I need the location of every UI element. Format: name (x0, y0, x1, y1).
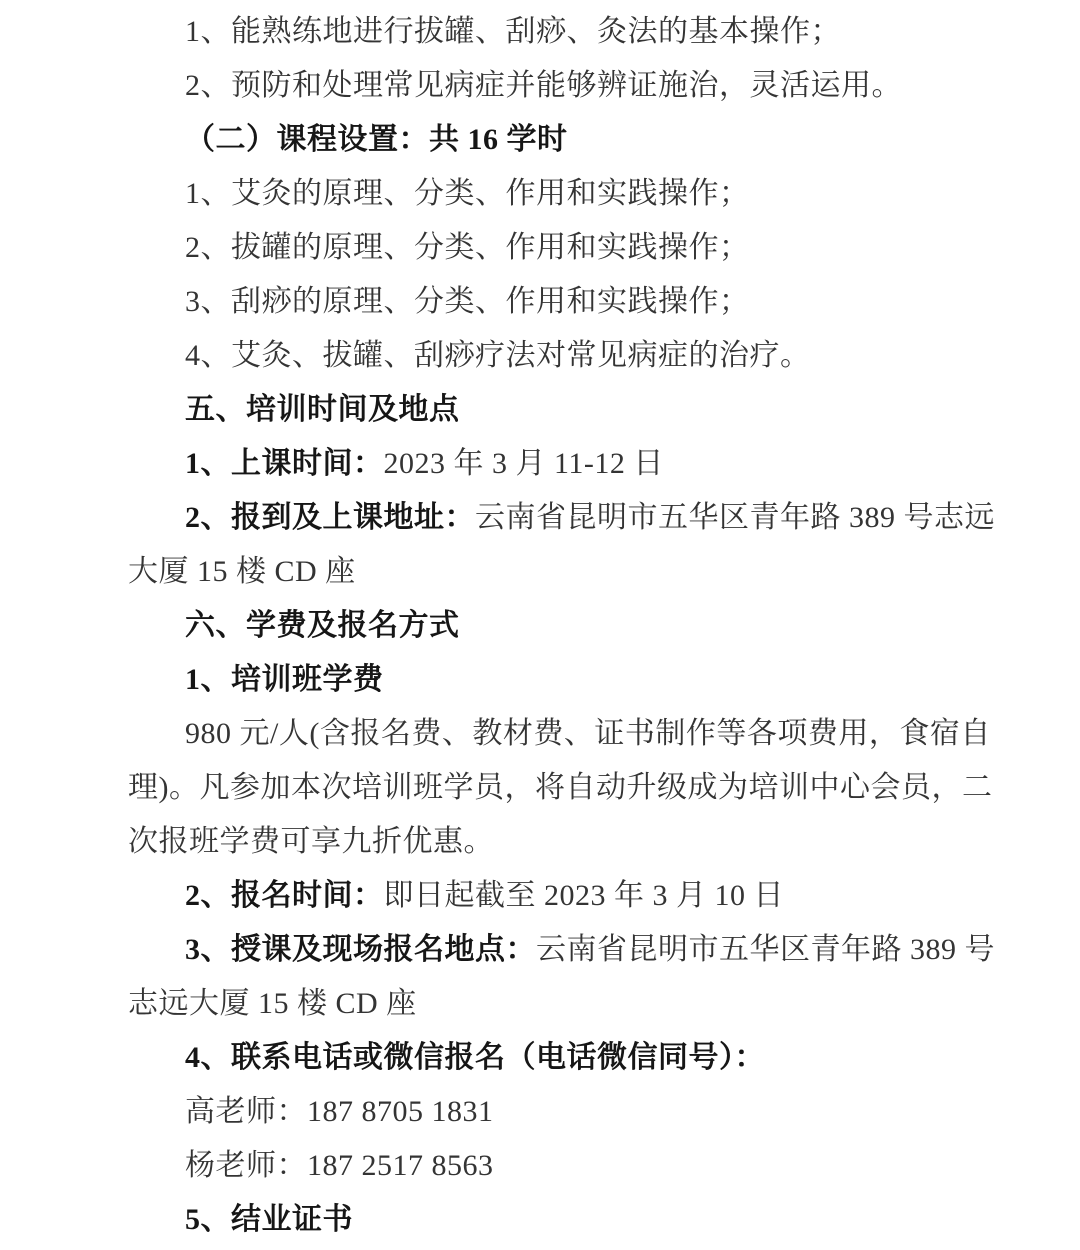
line-objective-1: 1、能熟练地进行拔罐、刮痧、灸法的基本操作； (128, 5, 970, 59)
heading-contact-phone-text: 4、联系电话或微信报名（电话微信同号）： (185, 1041, 765, 1074)
line-registration-time-label: 2、报名时间： (185, 879, 384, 912)
line-course-item-3-text: 3、刮痧的原理、分类、作用和实践操作； (185, 285, 750, 318)
line-class-time-value: 2023 年 3 月 11-12 日 (384, 447, 664, 480)
heading-tuition-fee-text: 1、培训班学费 (185, 663, 384, 696)
line-registration-address-2-text: 志远大厦 15 楼 CD 座 (128, 987, 417, 1020)
line-tuition-detail-2-text: 理)。凡参加本次培训班学员，将自动升级成为培训中心会员，二 (128, 771, 993, 804)
line-objective-2-text: 2、预防和处理常见病症并能够辨证施治，灵活运用。 (185, 69, 902, 102)
line-course-item-1-text: 1、艾灸的原理、分类、作用和实践操作； (185, 177, 750, 210)
line-tuition-detail-2: 理)。凡参加本次培训班学员，将自动升级成为培训中心会员，二 (128, 761, 970, 815)
line-registration-address-1: 3、授课及现场报名地点：云南省昆明市五华区青年路 389 号 (128, 923, 970, 977)
line-class-address-label: 2、报到及上课地址： (185, 501, 475, 534)
line-registration-address-label: 3、授课及现场报名地点： (185, 933, 536, 966)
line-teacher-yang-text: 杨老师：187 2517 8563 (185, 1149, 494, 1182)
line-class-address-2-text: 大厦 15 楼 CD 座 (128, 555, 356, 588)
line-registration-time: 2、报名时间：即日起截至 2023 年 3 月 10 日 (128, 869, 970, 923)
line-class-address-1: 2、报到及上课地址：云南省昆明市五华区青年路 389 号志远 (128, 491, 970, 545)
line-tuition-detail-3: 次报班学费可享九折优惠。 (128, 815, 970, 869)
line-course-item-1: 1、艾灸的原理、分类、作用和实践操作； (128, 167, 970, 221)
line-class-time-label: 1、上课时间： (185, 447, 384, 480)
heading-training-time-place-text: 五、培训时间及地点 (185, 393, 460, 426)
line-tuition-detail-1: 980 元/人(含报名费、教材费、证书制作等各项费用，食宿自 (128, 707, 970, 761)
line-class-address-value: 云南省昆明市五华区青年路 389 号志远 (475, 501, 995, 534)
heading-tuition-registration-text: 六、学费及报名方式 (185, 609, 460, 642)
heading-certificate: 5、结业证书 (128, 1193, 970, 1247)
line-class-address-2: 大厦 15 楼 CD 座 (128, 545, 970, 599)
heading-tuition-fee: 1、培训班学费 (128, 653, 970, 707)
line-teacher-gao: 高老师：187 8705 1831 (128, 1085, 970, 1139)
line-registration-address-value: 云南省昆明市五华区青年路 389 号 (536, 933, 995, 966)
line-course-item-2-text: 2、拔罐的原理、分类、作用和实践操作； (185, 231, 750, 264)
heading-certificate-text: 5、结业证书 (185, 1203, 353, 1236)
line-objective-1-text: 1、能熟练地进行拔罐、刮痧、灸法的基本操作； (185, 15, 841, 48)
line-course-item-3: 3、刮痧的原理、分类、作用和实践操作； (128, 275, 970, 329)
heading-tuition-registration: 六、学费及报名方式 (128, 599, 970, 653)
line-tuition-detail-1-text: 980 元/人(含报名费、教材费、证书制作等各项费用，食宿自 (185, 717, 991, 750)
document-page: 1、能熟练地进行拔罐、刮痧、灸法的基本操作； 2、预防和处理常见病症并能够辨证施… (0, 0, 1080, 1250)
line-class-time: 1、上课时间：2023 年 3 月 11-12 日 (128, 437, 970, 491)
heading-course-setup-text: （二）课程设置：共 16 学时 (185, 123, 568, 156)
line-objective-2: 2、预防和处理常见病症并能够辨证施治，灵活运用。 (128, 59, 970, 113)
line-registration-time-value: 即日起截至 2023 年 3 月 10 日 (384, 879, 785, 912)
heading-course-setup: （二）课程设置：共 16 学时 (128, 113, 970, 167)
heading-training-time-place: 五、培训时间及地点 (128, 383, 970, 437)
line-course-item-4-text: 4、艾灸、拔罐、刮痧疗法对常见病症的治疗。 (185, 339, 811, 372)
line-registration-address-2: 志远大厦 15 楼 CD 座 (128, 977, 970, 1031)
heading-contact-phone: 4、联系电话或微信报名（电话微信同号）： (128, 1031, 970, 1085)
line-course-item-4: 4、艾灸、拔罐、刮痧疗法对常见病症的治疗。 (128, 329, 970, 383)
line-teacher-gao-text: 高老师：187 8705 1831 (185, 1095, 494, 1128)
line-course-item-2: 2、拔罐的原理、分类、作用和实践操作； (128, 221, 970, 275)
line-teacher-yang: 杨老师：187 2517 8563 (128, 1139, 970, 1193)
line-tuition-detail-3-text: 次报班学费可享九折优惠。 (128, 825, 494, 858)
